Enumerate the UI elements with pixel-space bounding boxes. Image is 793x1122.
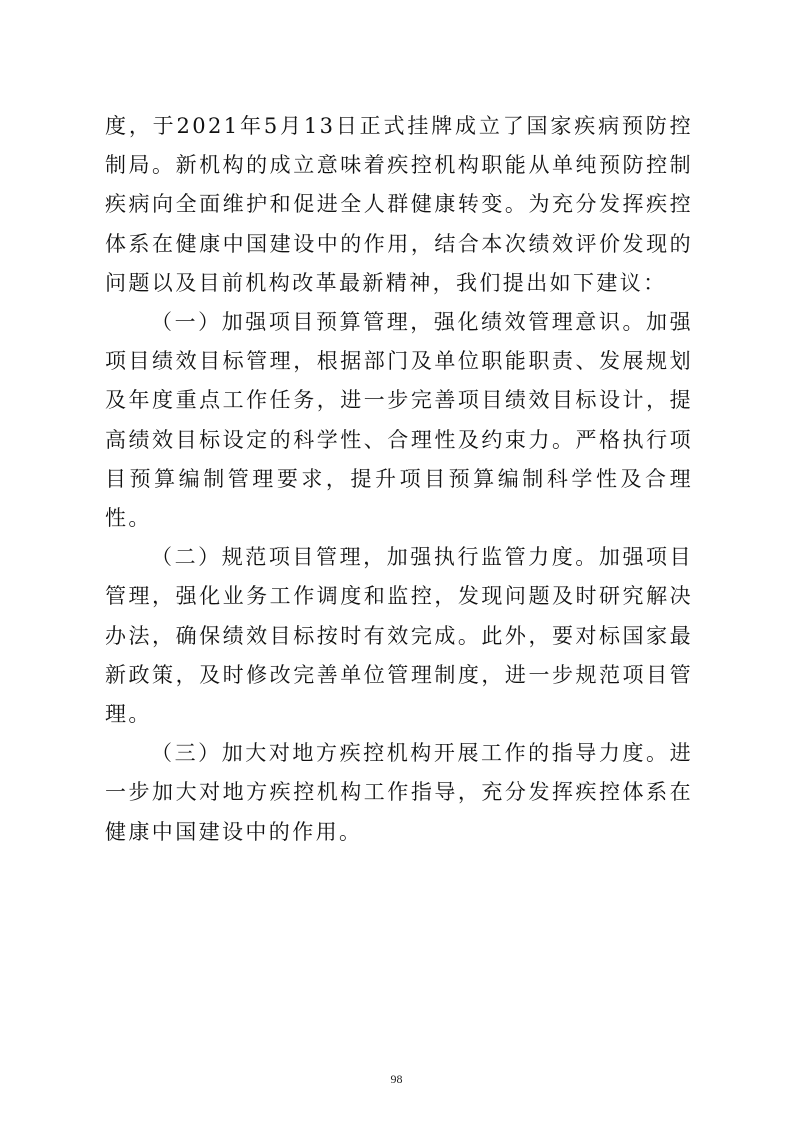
paragraph-intro: 度，于2021年5月13日正式挂牌成立了国家疾病预防控制局。新机构的成立意味着疾…	[105, 107, 693, 303]
body-text: 度，于2021年5月13日正式挂牌成立了国家疾病预防控制局。新机构的成立意味着疾…	[105, 107, 693, 852]
paragraph-suggestion-2: （二）规范项目管理，加强执行监管力度。加强项目管理，强化业务工作调度和监控，发现…	[105, 538, 693, 734]
page-number: 98	[0, 1072, 793, 1087]
document-page: 度，于2021年5月13日正式挂牌成立了国家疾病预防控制局。新机构的成立意味着疾…	[0, 0, 793, 1122]
paragraph-suggestion-3: （三）加大对地方疾控机构开展工作的指导力度。进一步加大对地方疾控机构工作指导，充…	[105, 734, 693, 852]
paragraph-suggestion-1: （一）加强项目预算管理，强化绩效管理意识。加强项目绩效目标管理，根据部门及单位职…	[105, 303, 693, 538]
